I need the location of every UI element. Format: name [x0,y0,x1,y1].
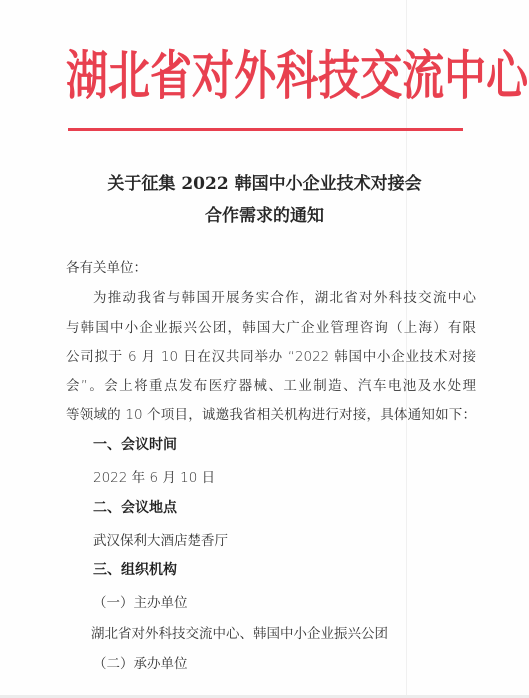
letterhead-char: 中 [444,36,486,116]
letterhead-char: 对 [192,36,234,116]
letterhead-char: 流 [402,36,444,116]
subheading-host: （一）主办单位 [93,591,188,611]
letterhead-char: 心 [486,36,528,116]
document-page: 湖 北 省 对 外 科 技 交 流 中 心 关于征集 2022 韩国中小企业技术… [0,0,529,698]
paragraph-line: 公司拟于 6 月 10 日在汉共同举办 “2022 韩国中小企业技术对接 [66,345,476,365]
host-organizations: 湖北省对外科技交流中心、韩国中小企业振兴公团 [91,622,388,642]
paragraph-line: 为推动我省与韩国开展务实合作，湖北省对外科技交流中心 [93,286,476,306]
section-heading-organization: 三、组织机构 [93,559,177,579]
letterhead-org-name: 湖 北 省 对 外 科 技 交 流 中 心 [66,36,466,116]
letterhead-char: 湖 [66,36,108,116]
section-heading-time: 一、会议时间 [93,434,177,454]
letterhead-char: 省 [150,36,192,116]
letterhead-char: 技 [318,36,360,116]
subheading-organizer: （二）承办单位 [93,652,188,672]
letterhead-divider [68,128,463,131]
section-heading-location: 二、会议地点 [93,497,177,517]
meeting-date: 2022 年 6 月 10 日 [93,466,215,486]
letterhead-char: 交 [360,36,402,116]
paragraph-line: 等领域的 10 个项目，诚邀我省相关机构进行对接，具体通知如下： [66,403,476,423]
salutation: 各有关单位： [66,256,147,276]
notice-title-line-1: 关于征集 2022 韩国中小企业技术对接会 [0,169,529,194]
paragraph-line: 会”。会上将重点发布医疗器械、工业制造、汽车电池及水处理 [66,374,476,394]
meeting-location: 武汉保利大酒店楚香厅 [93,529,228,549]
notice-title-line-2: 合作需求的通知 [0,201,529,226]
letterhead-char: 外 [234,36,276,116]
paragraph-line: 与韩国中小企业振兴公团，韩国大广企业管理咨询（上海）有限 [66,316,476,336]
letterhead-char: 北 [108,36,150,116]
letterhead-char: 科 [276,36,318,116]
